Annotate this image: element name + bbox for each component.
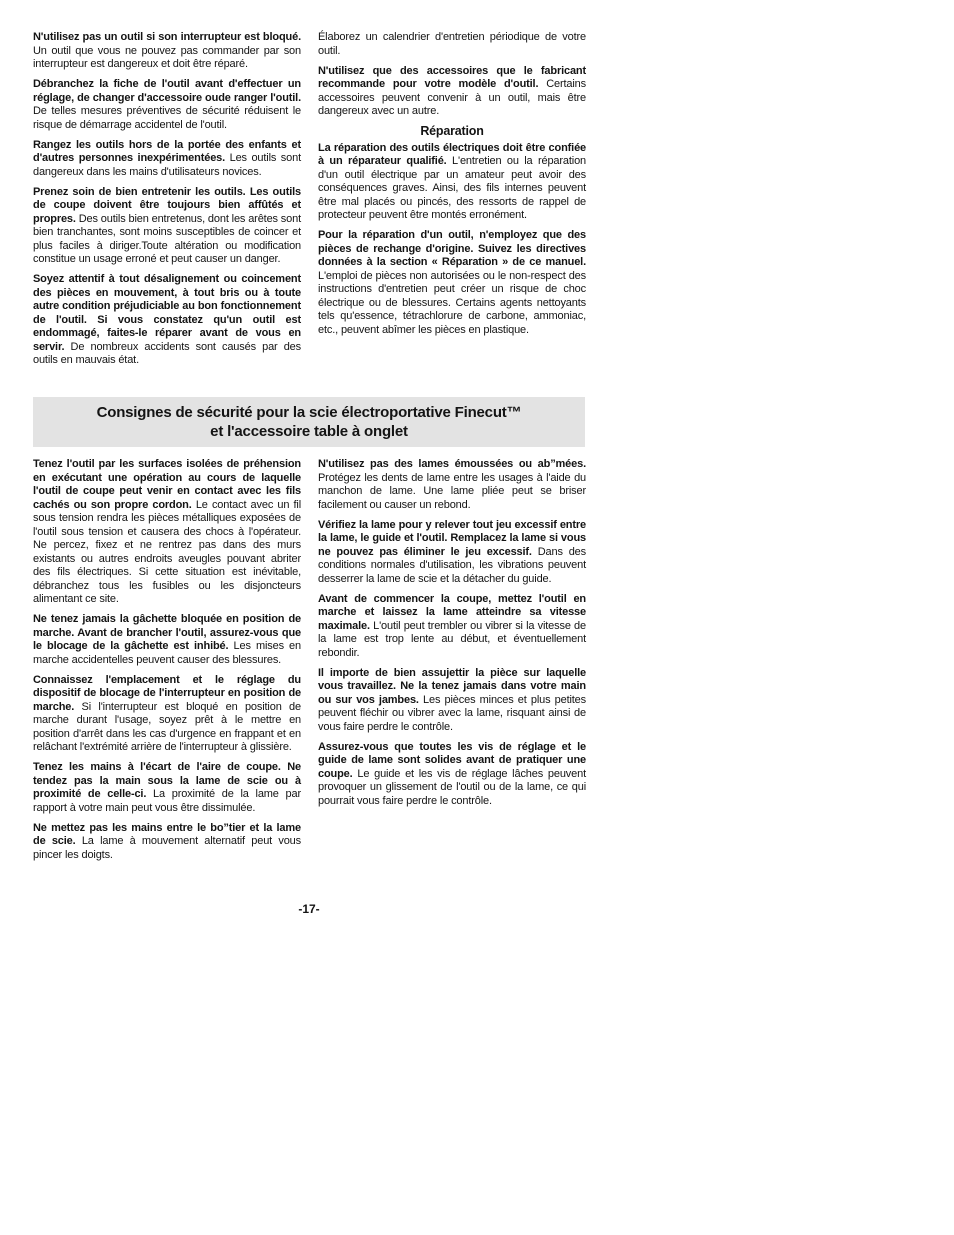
paragraph: Tenez les mains à l'écart de l'aire de c… <box>33 761 301 815</box>
paragraph: Connaissez l'emplacement et le réglage d… <box>33 674 301 755</box>
paragraph: N'utilisez pas un outil si son interrupt… <box>33 31 301 72</box>
paragraph-lead: N'utilisez pas un outil si son interrupt… <box>33 31 301 43</box>
section-heading: Réparation <box>318 125 586 139</box>
banner-line-1: Consignes de sécurité pour la scie élect… <box>33 403 585 422</box>
paragraph: Tenez l'outil par les surfaces isolées d… <box>33 458 301 607</box>
paragraph: Il importe de bien assujettir la pièce s… <box>318 667 586 735</box>
safety-banner: Consignes de sécurité pour la scie élect… <box>33 397 585 447</box>
paragraph-body: Le contact avec un fil sous tension rend… <box>33 499 301 606</box>
paragraph-lead: Débranchez la fiche de l'outil avant d'e… <box>33 78 301 104</box>
paragraph: Élaborez un calendrier d'entretien pério… <box>318 31 586 58</box>
paragraph: Débranchez la fiche de l'outil avant d'e… <box>33 78 301 132</box>
paragraph-body: L'emploi de pièces non autorisées ou le … <box>318 270 586 336</box>
column-right-top: Élaborez un calendrier d'entretien pério… <box>318 31 586 344</box>
paragraph-body: Élaborez un calendrier d'entretien pério… <box>318 31 586 57</box>
paragraph-body: Le guide et les vis de réglage lâches pe… <box>318 768 586 807</box>
paragraph: Rangez les outils hors de la portée des … <box>33 139 301 180</box>
column-left-bottom: Tenez l'outil par les surfaces isolées d… <box>33 458 301 869</box>
paragraph: N'utilisez que des accessoires que le fa… <box>318 65 586 119</box>
paragraph: Ne mettez pas les mains entre le bo”tier… <box>33 822 301 863</box>
paragraph: Prenez soin de bien entretenir les outil… <box>33 186 301 267</box>
paragraph: Ne tenez jamais la gâchette bloquée en p… <box>33 613 301 667</box>
paragraph: Vérifiez la lame pour y relever tout jeu… <box>318 519 586 587</box>
paragraph-body: Protégez les dents de lame entre les usa… <box>318 472 586 511</box>
paragraph-body: De nombreux accidents sont causés par de… <box>33 341 301 367</box>
paragraph-body: Un outil que vous ne pouvez pas commande… <box>33 45 301 71</box>
paragraph: La réparation des outils électriques doi… <box>318 142 586 223</box>
banner-line-2: et l'accessoire table à onglet <box>33 422 585 441</box>
column-left-top: N'utilisez pas un outil si son interrupt… <box>33 31 301 374</box>
paragraph: Assurez-vous que toutes les vis de régla… <box>318 741 586 809</box>
paragraph-lead: N'utilisez pas des lames émoussées ou ab… <box>318 458 586 470</box>
paragraph: Pour la réparation d'un outil, n'employe… <box>318 229 586 337</box>
paragraph: N'utilisez pas des lames émoussées ou ab… <box>318 458 586 512</box>
manual-page: N'utilisez pas un outil si son interrupt… <box>0 0 954 1235</box>
paragraph: Soyez attentif à tout désalignement ou c… <box>33 273 301 368</box>
paragraph-body: De telles mesures préventives de sécurit… <box>33 105 301 131</box>
page-number: -17- <box>33 902 585 916</box>
column-right-bottom: N'utilisez pas des lames émoussées ou ab… <box>318 458 586 815</box>
paragraph-lead: Pour la réparation d'un outil, n'employe… <box>318 229 586 268</box>
paragraph: Avant de commencer la coupe, mettez l'ou… <box>318 593 586 661</box>
